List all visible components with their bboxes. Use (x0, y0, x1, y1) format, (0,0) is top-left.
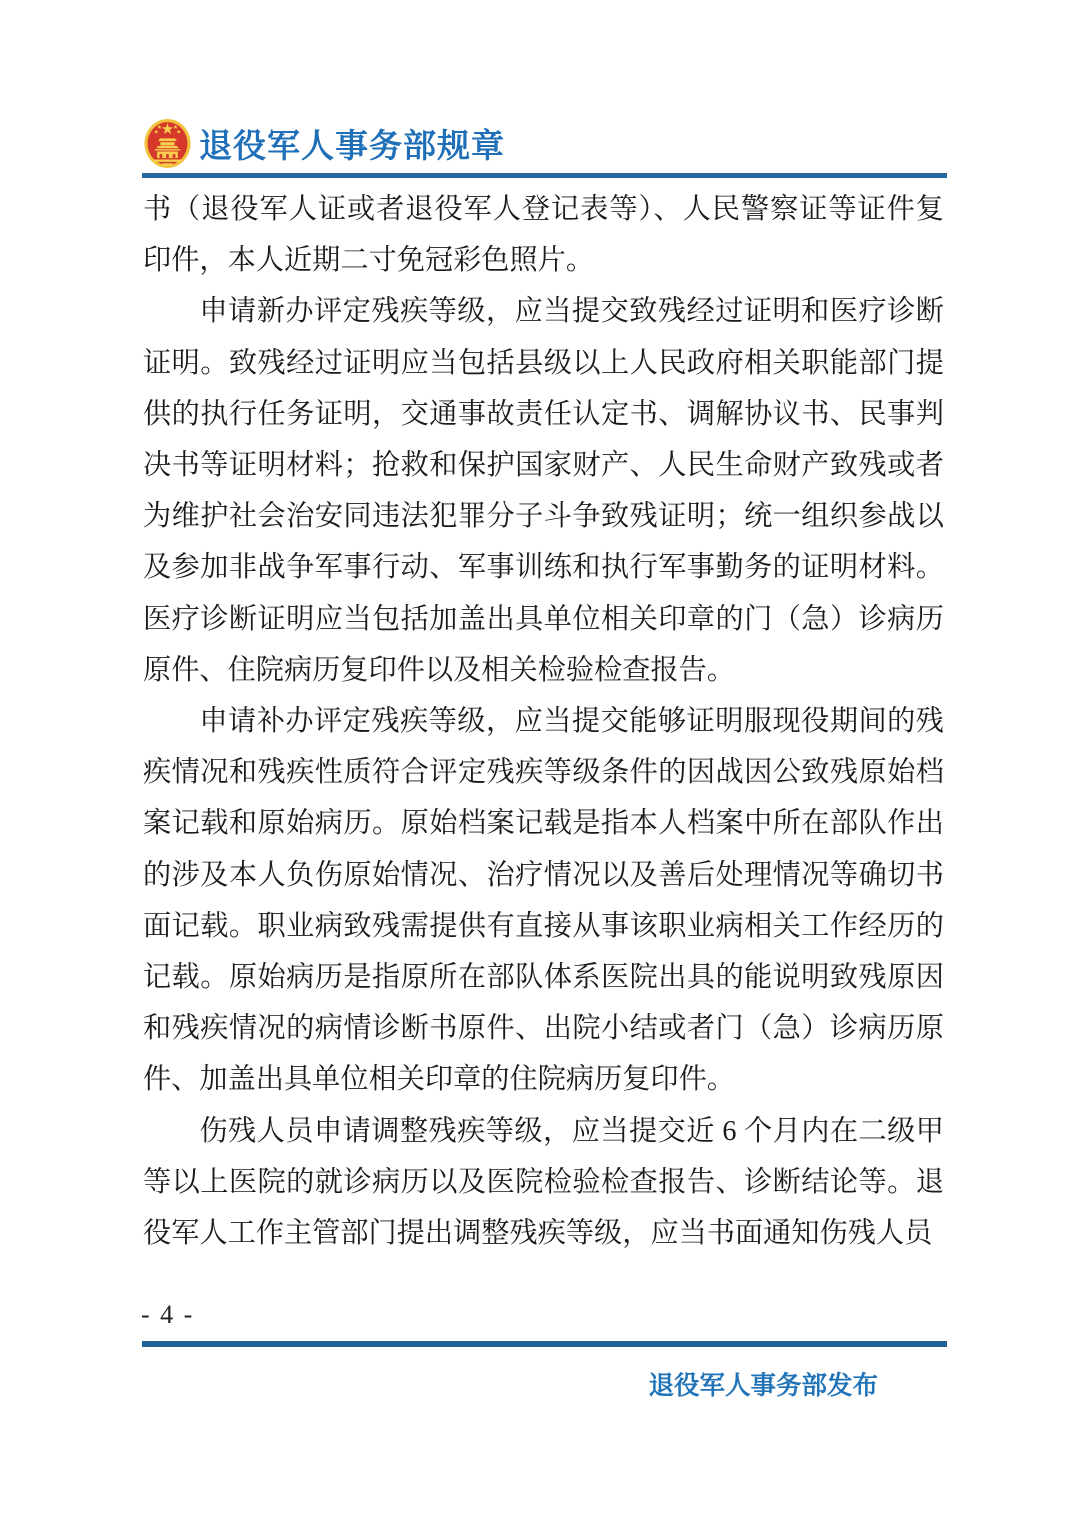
document-header: 退役军人事务部规章 (144, 118, 505, 169)
body-paragraph: 申请补办评定残疾等级，应当提交能够证明服现役期间的残疾情况和残疾性质符合评定残疾… (143, 696, 944, 1106)
page-number: - 4 - (141, 1300, 194, 1330)
body-paragraph: 申请新办评定残疾等级，应当提交致残经过证明和医疗诊断证明。致残经过证明应当包括县… (143, 286, 944, 696)
national-emblem-icon (144, 118, 191, 169)
document-page: 退役军人事务部规章 书（退役军人证或者退役军人登记表等）、人民警察证等证件复印件… (0, 0, 1080, 1526)
publisher-label: 退役军人事务部发布 (648, 1366, 878, 1402)
body-paragraph: 书（退役军人证或者退役军人登记表等）、人民警察证等证件复印件，本人近期二寸免冠彩… (143, 184, 944, 286)
page-title: 退役军人事务部规章 (199, 120, 505, 167)
footer-divider (142, 1341, 947, 1347)
body-paragraph: 伤残人员申请调整残疾等级，应当提交近 6 个月内在二级甲等以上医院的就诊病历以及… (143, 1106, 944, 1260)
document-body: 书（退役军人证或者退役军人登记表等）、人民警察证等证件复印件，本人近期二寸免冠彩… (143, 184, 944, 1259)
header-divider (142, 173, 947, 178)
